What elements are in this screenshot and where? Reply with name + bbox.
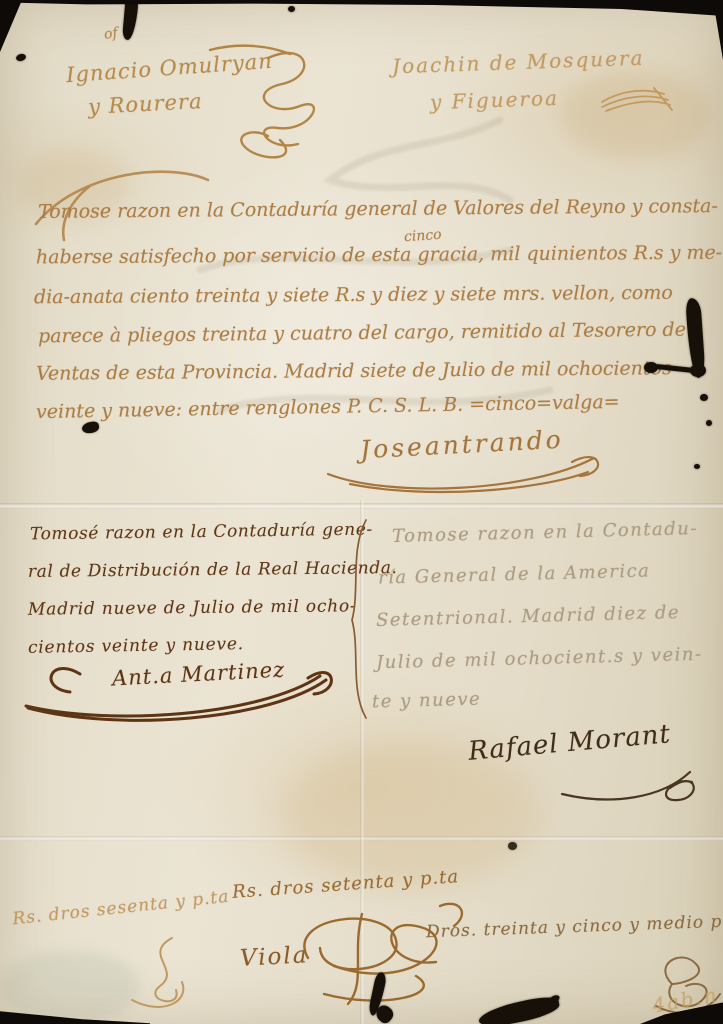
scanned-manuscript: of Ignacio Omulryan y Rourera Joachin de… — [0, 0, 723, 1024]
ink-blot — [706, 420, 712, 426]
rubric-morant — [552, 752, 702, 810]
header-mosquera-line2: y Figueroa — [430, 86, 560, 114]
ink-blot — [694, 464, 700, 469]
rubric-main-clerk — [320, 438, 620, 498]
right-note-line-5: te y nueve — [372, 689, 482, 713]
rubric-omulryan — [150, 40, 320, 170]
ink-blot — [508, 842, 517, 850]
main-note-interline: cinco — [403, 227, 442, 246]
left-note-line-3: Madrid nueve de Julio de mil ocho- — [28, 596, 357, 619]
left-note-line-2: ral de Distribución de la Real Hacienda. — [28, 558, 398, 582]
main-note-line-3: dia-anata ciento treinta y siete R.s y d… — [34, 282, 673, 308]
rubric-bottom-left — [112, 930, 202, 1012]
ink-blot — [644, 362, 658, 373]
ink-blot — [690, 364, 706, 377]
corner-note: of — [103, 25, 119, 43]
rubric-martinez — [20, 648, 350, 720]
rubric-mosquera — [596, 80, 676, 116]
ink-blot — [288, 6, 295, 12]
ink-blot — [700, 394, 708, 401]
brace-divider — [344, 518, 370, 722]
